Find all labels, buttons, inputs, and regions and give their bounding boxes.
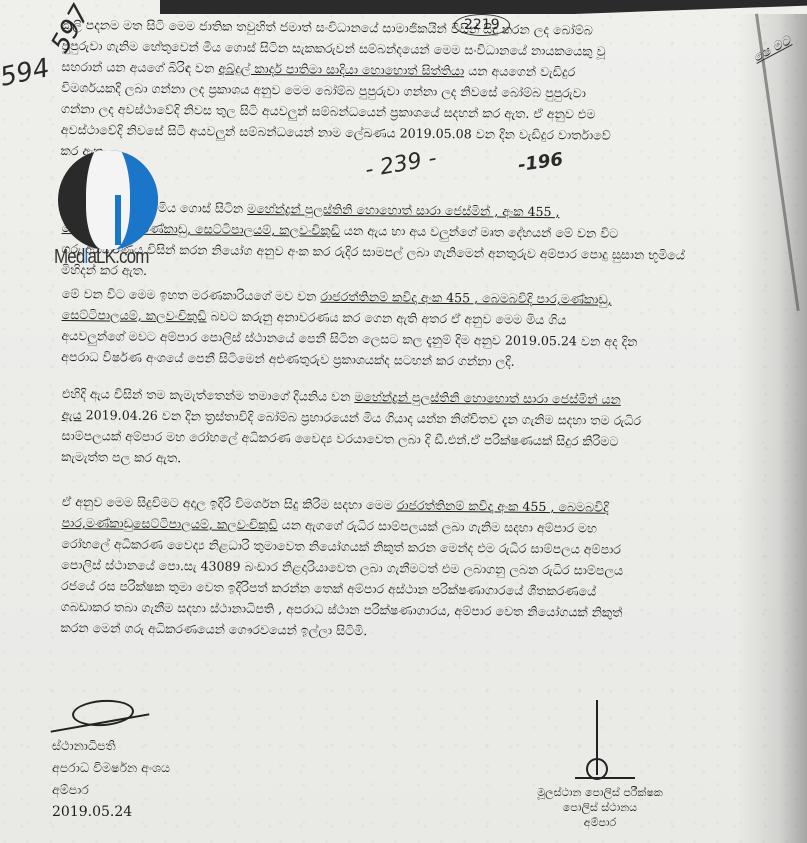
sig-left-title: ස්ථානාධිපති <box>52 735 170 757</box>
paragraph-1: කුලි පදනම මත සිටි මෙම ජාතික තවුහිත් ජමාත… <box>60 14 762 168</box>
sig-right-line-1: මූලස්ථාන පොලිස් පරීක්ෂක <box>515 785 685 800</box>
mother-address-2: පාර,මණ්කාඩුසෙට්ටිපාලයම්, කලවංචිකුඩි <box>62 515 278 532</box>
sig-right-line-2: පොලිස් ස්ථානය <box>515 800 685 815</box>
medialk-watermark-logo: MediaLK.com <box>48 150 158 270</box>
logo-circle-icon <box>58 150 158 250</box>
signature-right-base <box>575 777 635 779</box>
victim-name: මහේන්ද්‍රන් පුලස්තිනි හොහොත් සාරා ජෙස්මි… <box>247 201 559 219</box>
sig-left-place: අම්පාර <box>52 779 170 801</box>
paragraph-5: ඒ අනුව මෙම සිදුවිමට අදාල ඉදිරි විමර්ශන ස… <box>60 491 762 645</box>
sig-left-unit: අපරාධ විමර්ෂන අංශය <box>52 757 170 779</box>
mother-name: රාජරත්තිනම් කවිදා අංක 455 , බෙමබවිදි පාර… <box>320 289 611 307</box>
date-2019-04-26: 2019.04.26 <box>86 407 158 423</box>
mother-name-2: රාජරත්තිනම් කවිදා අංක 455 , බෙමබවිදි <box>397 498 609 515</box>
paragraph-4: එහිදි ඇය විසින් තම කැමැත්තෙන්ම තමාගේ දිය… <box>61 383 762 474</box>
sig-right-line-3: අම්පාර <box>515 815 685 830</box>
signature-block-right: මූලස්ථාන පොලිස් පරීක්ෂක පොලිස් ස්ථානය අම… <box>515 785 685 830</box>
signature-left-loop <box>71 698 135 728</box>
mother-address: සෙට්ටිපාලයම්, කලවංචිකුඩි <box>62 307 207 324</box>
scan-shadow-band <box>160 0 807 14</box>
margin-note-594: 594 <box>0 53 52 93</box>
date-2019-05-08: 2019.05.08 <box>400 126 472 142</box>
date-2019-05-24: 2019.05.24 <box>505 333 577 349</box>
paragraph-3: මේ වන විට මෙම ඉහත මරණකාරියගේ මව වන රාජරත… <box>61 283 762 374</box>
scanned-document-page: 597 594 2219 ෂෙ මට - 239 - -196 කුලි පදන… <box>0 0 807 843</box>
paragraph-2: බෝම්බ ප්‍රහාරයට මිය ගොස් සිටින මහේන්ද්‍ර… <box>61 196 762 287</box>
signature-block-left: ස්ථානාධිපති අපරාධ විමර්ෂන අංශය අම්පාර 20… <box>52 735 170 823</box>
daughter-name: මහේන්ද්‍රන් පුලස්තිනි හොහොත් සාරා ජෙස්මි… <box>354 389 621 407</box>
suspect-name: අබ්දුල් කාදර් පාතිමා සාදියා හොහොත් සිත්ත… <box>218 61 464 79</box>
sig-left-date: 2019.05.24 <box>52 801 170 823</box>
pen-nib-icon <box>115 195 121 245</box>
logo-brand-text: MediaLK.com <box>54 246 149 269</box>
